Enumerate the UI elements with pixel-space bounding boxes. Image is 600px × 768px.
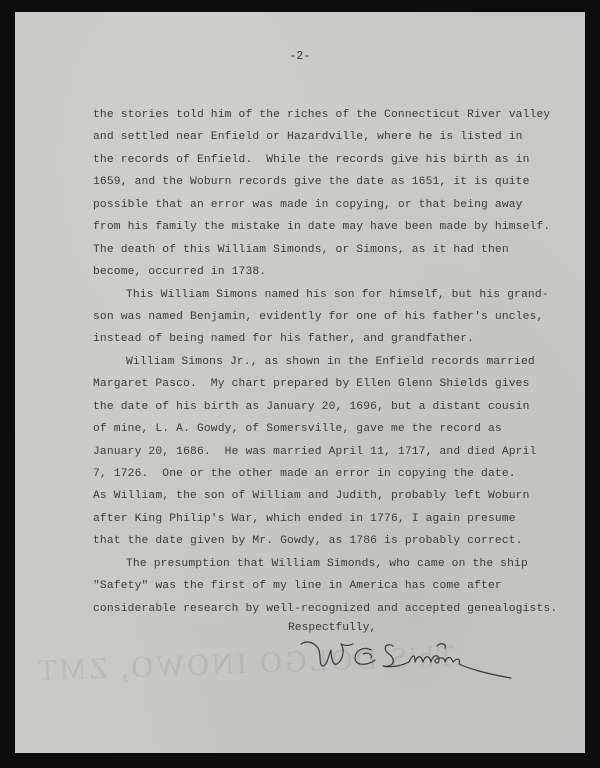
text-line: become, occurred in 1738.: [93, 261, 573, 283]
text-line: the stories told him of the riches of th…: [93, 104, 573, 126]
document-page: Th'S DOLGO INOWO, ZMT -2- the stories to…: [15, 12, 585, 753]
letter-body: the stories told him of the riches of th…: [93, 104, 573, 620]
paragraph-start-line: The presumption that William Simonds, wh…: [93, 553, 573, 575]
text-line: and settled near Enfield or Hazardville,…: [93, 126, 573, 148]
text-line: considerable research by well-recognized…: [93, 598, 573, 620]
text-line: Margaret Pasco. My chart prepared by Ell…: [93, 373, 573, 395]
page-number: -2-: [15, 50, 585, 63]
text-line: possible that an error was made in copyi…: [93, 194, 573, 216]
text-line: instead of being named for his father, a…: [93, 328, 573, 350]
text-line: 1659, and the Woburn records give the da…: [93, 171, 573, 193]
text-line: of mine, L. A. Gowdy, of Somersville, ga…: [93, 418, 573, 440]
text-line: the date of his birth as January 20, 169…: [93, 396, 573, 418]
text-line: January 20, 1686. He was married April 1…: [93, 441, 573, 463]
text-line: The death of this William Simonds, or Si…: [93, 239, 573, 261]
text-line: after King Philip's War, which ended in …: [93, 508, 573, 530]
handwritten-signature: [297, 632, 517, 682]
text-line: As William, the son of William and Judit…: [93, 485, 573, 507]
text-line: son was named Benjamin, evidently for on…: [93, 306, 573, 328]
paragraph-start-line: This William Simons named his son for hi…: [93, 284, 573, 306]
text-line: from his family the mistake in date may …: [93, 216, 573, 238]
text-line: 7, 1726. One or the other made an error …: [93, 463, 573, 485]
text-line: "Safety" was the first of my line in Ame…: [93, 575, 573, 597]
text-line: that the date given by Mr. Gowdy, as 178…: [93, 530, 573, 552]
text-line: the records of Enfield. While the record…: [93, 149, 573, 171]
paragraph-start-line: William Simons Jr., as shown in the Enfi…: [93, 351, 573, 373]
